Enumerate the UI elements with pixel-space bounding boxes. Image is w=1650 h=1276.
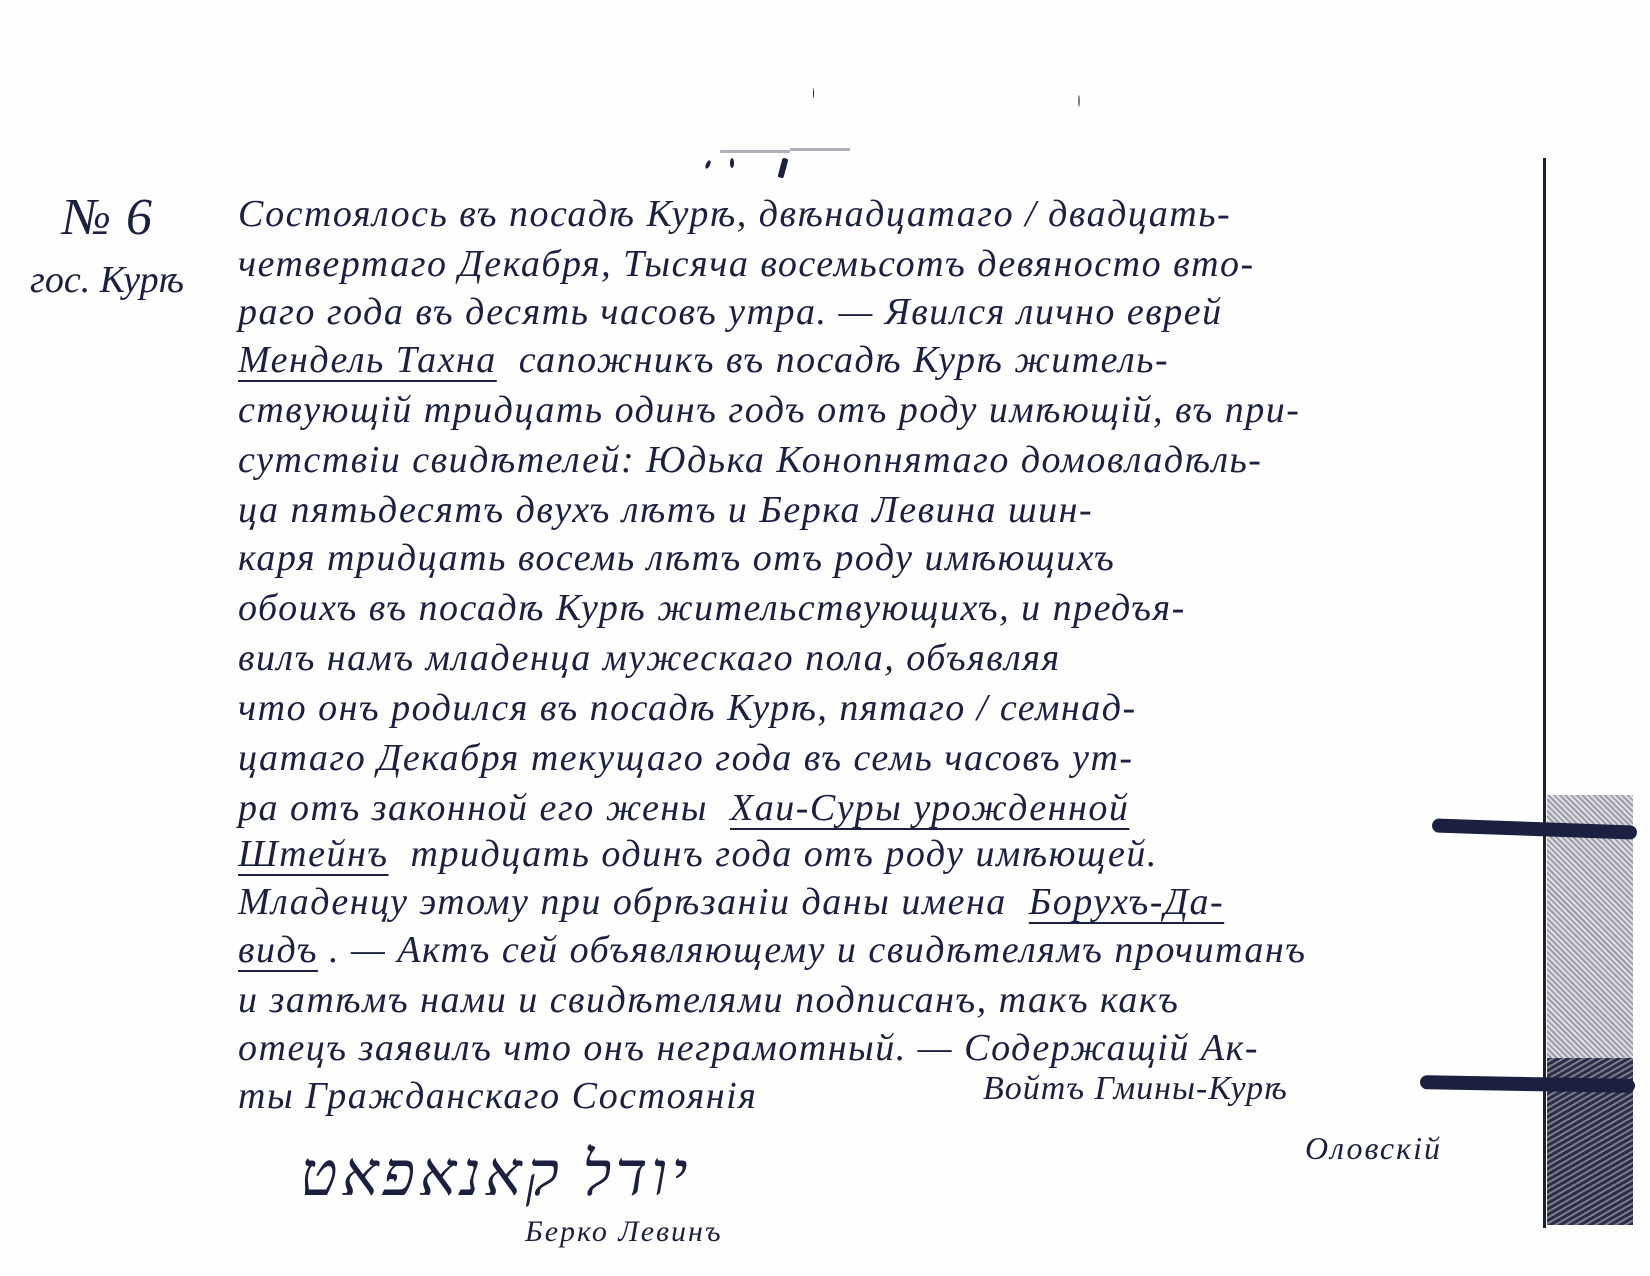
record-line-18: отецъ заявилъ что онъ неграмотный. — Сод… xyxy=(238,1024,1259,1072)
record-line-1: Состоялось въ посадѣ Курѣ, двѣнадцатаго … xyxy=(238,190,1231,238)
record-line-2: четвертаго Декабря, Тысяча восемьсотъ де… xyxy=(238,240,1255,288)
margin-place-label: гос. Курѣ xyxy=(30,258,184,302)
scanned-document-page: № 6 гос. Курѣ Состоялось въ посадѣ Курѣ,… xyxy=(0,0,1650,1276)
child-name-underlined-1: Борухъ-Да- xyxy=(1029,881,1224,923)
mother-maiden-underlined: Штейнъ xyxy=(238,833,389,875)
record-line-15: Младенцу этому при обрѣзаніи даны имена … xyxy=(238,878,1224,926)
margin-rule-line xyxy=(1543,158,1546,1228)
record-line-6: сутствіи свидѣтелей: Юдька Конопнятаго д… xyxy=(238,436,1262,484)
child-name-underlined-2: видъ xyxy=(238,929,318,971)
record-line-4: Мендель Тахна сапожникъ въ посадѣ Курѣ ж… xyxy=(238,336,1169,384)
record-line-11: что онъ родился въ посадѣ Курѣ, пятаго /… xyxy=(238,684,1137,732)
record-line-4-rest: сапожникъ въ посадѣ Курѣ житель- xyxy=(508,339,1169,381)
witness-berko-signature: Берко Левинъ xyxy=(525,1215,723,1249)
record-line-3: раго года въ десять часовъ утра. — Явилс… xyxy=(238,288,1223,336)
record-line-17: и затѣмъ нами и свидѣтелями подписанъ, т… xyxy=(238,976,1179,1024)
father-name-underlined: Мендель Тахна xyxy=(238,339,497,381)
record-line-15-start: Младенцу этому при обрѣзаніи даны имена xyxy=(238,881,1018,923)
record-line-9: обоихъ въ посадѣ Курѣ жительствующихъ, и… xyxy=(238,584,1186,632)
record-line-13: ра отъ законной его жены Хаи-Суры урожде… xyxy=(238,784,1129,832)
record-line-7: ца пятьдесятъ двухъ лѣтъ и Берка Левина … xyxy=(238,486,1093,534)
record-line-10: вилъ намъ младенца мужескаго пола, объяв… xyxy=(238,634,1061,682)
record-line-8: каря тридцать восемь лѣтъ отъ роду имѣющ… xyxy=(238,534,1115,582)
official-name-signature: Оловскій xyxy=(1305,1130,1442,1167)
record-line-14-rest: тридцать одинъ года отъ роду имѣющей. xyxy=(400,833,1158,875)
record-line-5: ствующій тридцать одинъ годъ отъ роду им… xyxy=(238,386,1300,434)
entry-number: № 6 xyxy=(62,188,153,247)
binding-cord-lower xyxy=(1420,1075,1635,1093)
witness-hebrew-signature: יודל קאנאפאט xyxy=(300,1140,692,1211)
mother-name-underlined: Хаи-Суры урожденной xyxy=(730,787,1129,829)
record-line-13-start: ра отъ законной его жены xyxy=(238,787,719,829)
record-line-16: видъ . — Актъ сей объявляющему и свидѣте… xyxy=(238,926,1307,974)
record-line-16-rest: . — Актъ сей объявляющему и свидѣтелямъ … xyxy=(329,929,1307,971)
official-title-signature: Войтъ Гмины-Курѣ xyxy=(983,1070,1288,1108)
record-line-19: ты Гражданскаго Состоянія xyxy=(238,1072,757,1120)
record-line-12: цатаго Декабря текущаго года въ семь час… xyxy=(238,734,1134,782)
record-line-14: Штейнъ тридцать одинъ года отъ роду имѣю… xyxy=(238,830,1158,878)
